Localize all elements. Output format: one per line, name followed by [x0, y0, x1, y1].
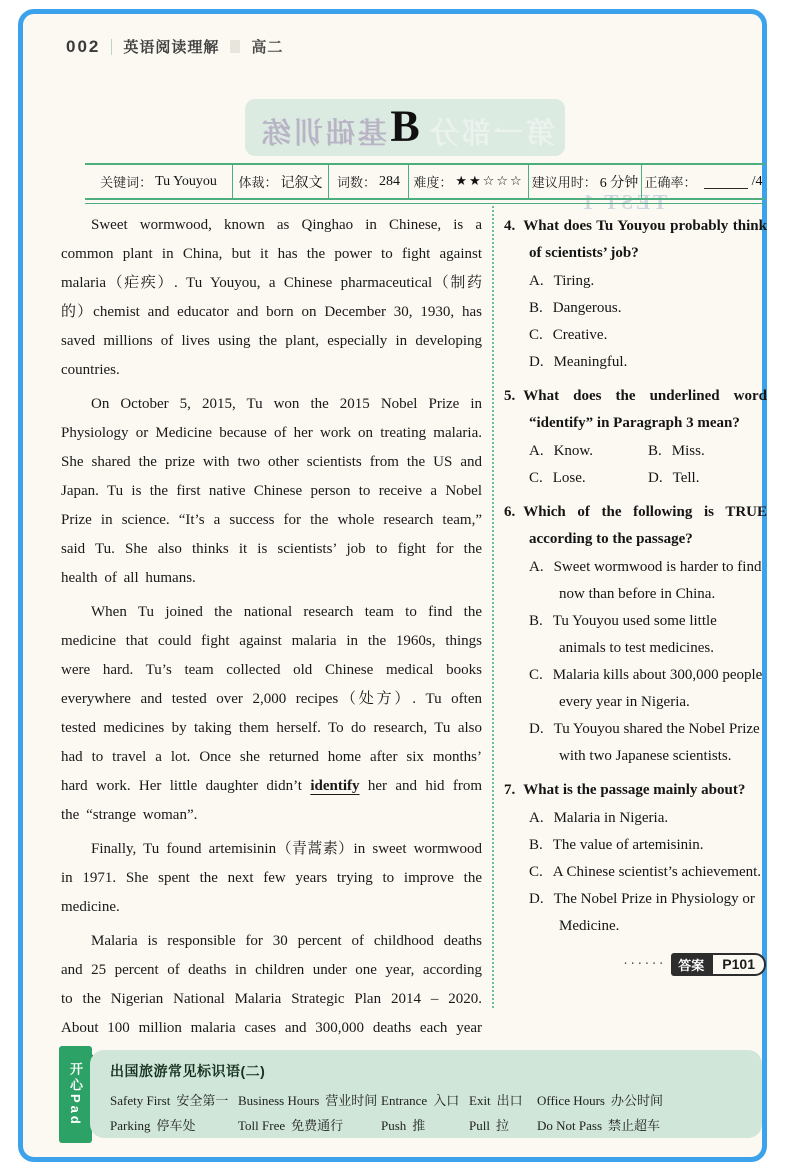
info-cell-time: 建议用时： 6 分钟	[528, 165, 641, 198]
passage: Sweet wormwood, known as Qinghao in Chin…	[61, 211, 482, 1135]
passage-paragraph: Finally, Tu found artemisinin（青蒿素）in swe…	[61, 835, 482, 922]
question-option: A.Know.	[529, 438, 648, 465]
option-label: A.	[529, 273, 544, 289]
question-option: A.Sweet wormwood is harder to find now t…	[529, 554, 767, 608]
option-label: C.	[529, 864, 543, 880]
info-cell-accuracy: 正确率： /4	[641, 165, 765, 198]
signs-rows: Safety First安全第一Business Hours营业时间Entran…	[110, 1088, 762, 1138]
option-label: D.	[529, 721, 544, 737]
banner-ghost-text-left: 基础训练	[259, 111, 387, 152]
answer-reference: ······ 答案 P101	[504, 953, 766, 976]
paragraph-text: Sweet wormwood, known as Qinghao in Chin…	[61, 217, 482, 378]
section-banner: 基础训练 第一部分 B	[245, 99, 565, 156]
question-option: C.Lose.	[529, 465, 648, 492]
sign-row: Parking停车处Toll Free免费通行Push推Pull拉Do Not …	[110, 1113, 762, 1138]
question-option: D.Tell.	[648, 465, 767, 492]
sign-english: Parking	[110, 1118, 150, 1133]
question-option: C.Malaria kills about 300,000 people eve…	[529, 662, 767, 716]
question-number: 6.	[504, 504, 515, 520]
info-value: 6 分钟	[600, 172, 639, 192]
passage-info-bar: 关键词： Tu Youyou 体裁： 记叙文 词数： 284 难度： ★★☆☆☆…	[85, 163, 765, 200]
sign-chinese: 营业时间	[325, 1093, 377, 1108]
sign-item: Toll Free免费通行	[238, 1113, 381, 1138]
sign-english: Pull	[469, 1118, 490, 1133]
question-number: 7.	[504, 782, 515, 798]
question-option: B.Miss.	[648, 438, 767, 465]
info-value: /4	[752, 174, 763, 190]
question-stem: 7.What is the passage mainly about?	[504, 777, 767, 804]
header-divider-2	[230, 40, 240, 53]
option-label: C.	[529, 470, 543, 486]
sign-item: Do Not Pass禁止超车	[537, 1113, 762, 1138]
info-label: 建议用时：	[532, 172, 597, 191]
option-label: D.	[648, 470, 663, 486]
info-value: Tu Youyou	[155, 174, 217, 190]
sign-chinese: 禁止超车	[608, 1118, 660, 1133]
sign-english: Toll Free	[238, 1118, 285, 1133]
option-label: B.	[529, 613, 543, 629]
sign-item: Safety First安全第一	[110, 1088, 238, 1113]
info-cell-genre: 体裁： 记叙文	[232, 165, 328, 198]
paragraph-text: When Tu joined the national research tea…	[61, 604, 482, 794]
sign-chinese: 办公时间	[611, 1093, 663, 1108]
question-option: B.Tu Youyou used some little animals to …	[529, 608, 767, 662]
info-label: 体裁：	[238, 172, 277, 191]
answer-badge: 答案	[671, 953, 711, 976]
sign-item: Pull拉	[469, 1113, 537, 1138]
info-label: 难度：	[413, 172, 452, 191]
sign-english: Do Not Pass	[537, 1118, 602, 1133]
option-label: A.	[529, 443, 544, 459]
info-value: 284	[379, 174, 400, 190]
info-cell-difficulty: 难度： ★★☆☆☆	[408, 165, 528, 198]
sign-chinese: 免费通行	[291, 1118, 343, 1133]
book-title: 英语阅读理解	[123, 36, 219, 57]
passage-paragraph: When Tu joined the national research tea…	[61, 598, 482, 830]
sign-english: Push	[381, 1118, 406, 1133]
column-divider	[492, 206, 494, 1008]
info-cell-keywords: 关键词： Tu Youyou	[85, 165, 232, 198]
option-label: D.	[529, 891, 544, 907]
question: 6.Which of the following is TRUE accordi…	[504, 499, 767, 770]
question-list: 4.What does Tu Youyou probably think of …	[504, 213, 767, 947]
grade-label: 高二	[251, 36, 283, 57]
answer-page-ref: P101	[711, 953, 766, 976]
sign-chinese: 安全第一	[176, 1093, 228, 1108]
option-label: C.	[529, 667, 543, 683]
question-number: 5.	[504, 388, 515, 404]
tip-box: 出国旅游常见标识语(二) Safety First安全第一Business Ho…	[90, 1050, 762, 1138]
sign-chinese: 入口	[433, 1093, 459, 1108]
page-number: 002	[66, 37, 100, 57]
sign-item: Business Hours营业时间	[238, 1088, 381, 1113]
question-number: 4.	[504, 218, 515, 234]
sign-item: Office Hours办公时间	[537, 1088, 762, 1113]
sign-row: Safety First安全第一Business Hours营业时间Entran…	[110, 1088, 762, 1113]
sign-english: Safety First	[110, 1093, 170, 1108]
info-label: 关键词：	[100, 172, 152, 191]
option-label: A.	[529, 810, 544, 826]
sign-chinese: 推	[412, 1118, 425, 1133]
passage-paragraph: On October 5, 2015, Tu won the 2015 Nobe…	[61, 390, 482, 593]
info-cell-wordcount: 词数： 284	[328, 165, 408, 198]
sign-english: Office Hours	[537, 1093, 605, 1108]
question-option: C.A Chinese scientist’s achievement.	[529, 859, 767, 886]
sign-item: Push推	[381, 1113, 469, 1138]
question-option: D.The Nobel Prize in Physiology or Medic…	[529, 886, 767, 940]
question: 7.What is the passage mainly about?A.Mal…	[504, 777, 767, 940]
paragraph-text: Finally, Tu found artemisinin（青蒿素）in swe…	[61, 841, 482, 915]
question: 5.What does the underlined word “identif…	[504, 383, 767, 492]
sign-chinese: 停车处	[156, 1118, 195, 1133]
banner-ghost-text-right: 第一部分	[427, 111, 555, 152]
dotted-leader: ······	[623, 957, 666, 972]
paragraph-text: On October 5, 2015, Tu won the 2015 Nobe…	[61, 396, 482, 586]
passage-letter: B	[390, 100, 419, 151]
option-label: B.	[648, 443, 662, 459]
info-value: 记叙文	[281, 172, 323, 192]
question-option: C.Creative.	[529, 322, 767, 349]
question-stem: 4.What does Tu Youyou probably think of …	[504, 213, 767, 267]
option-list: A.Sweet wormwood is harder to find now t…	[504, 554, 767, 770]
question-option: D.Meaningful.	[529, 349, 767, 376]
page-header: 002 英语阅读理解 高二	[66, 36, 283, 57]
option-label: D.	[529, 354, 544, 370]
tip-side-tab: 开心Pad	[59, 1046, 92, 1143]
tip-box-title: 出国旅游常见标识语(二)	[110, 1061, 762, 1081]
sign-chinese: 拉	[496, 1118, 509, 1133]
underlined-word: identify	[310, 778, 359, 794]
question-option: A.Malaria in Nigeria.	[529, 805, 767, 832]
question: 4.What does Tu Youyou probably think of …	[504, 213, 767, 376]
option-list: A.Malaria in Nigeria.B.The value of arte…	[504, 805, 767, 940]
info-label: 正确率：	[645, 172, 697, 191]
sign-item: Exit出口	[469, 1088, 537, 1113]
option-list: A.Know.B.Miss.C.Lose.D.Tell.	[504, 438, 767, 492]
option-label: B.	[529, 837, 543, 853]
sign-item: Entrance入口	[381, 1088, 469, 1113]
sign-item: Parking停车处	[110, 1113, 238, 1138]
sign-english: Exit	[469, 1093, 491, 1108]
option-label: A.	[529, 559, 544, 575]
question-option: A.Tiring.	[529, 268, 767, 295]
question-option: D.Tu Youyou shared the Nobel Prize with …	[529, 716, 767, 770]
info-label: 词数：	[337, 172, 376, 191]
difficulty-stars: ★★☆☆☆	[455, 174, 523, 189]
option-label: B.	[529, 300, 543, 316]
question-option: B.Dangerous.	[529, 295, 767, 322]
sign-chinese: 出口	[497, 1093, 523, 1108]
header-divider	[111, 39, 112, 55]
sign-english: Business Hours	[238, 1093, 319, 1108]
question-stem: 6.Which of the following is TRUE accordi…	[504, 499, 767, 553]
question-option: B.The value of artemisinin.	[529, 832, 767, 859]
accuracy-blank-line	[704, 175, 748, 189]
option-list: A.Tiring.B.Dangerous.C.Creative.D.Meanin…	[504, 268, 767, 376]
option-label: C.	[529, 327, 543, 343]
tip-tab-label: 开心Pad	[66, 1062, 85, 1127]
passage-paragraph: Sweet wormwood, known as Qinghao in Chin…	[61, 211, 482, 385]
question-stem: 5.What does the underlined word “identif…	[504, 383, 767, 437]
sign-english: Entrance	[381, 1093, 427, 1108]
